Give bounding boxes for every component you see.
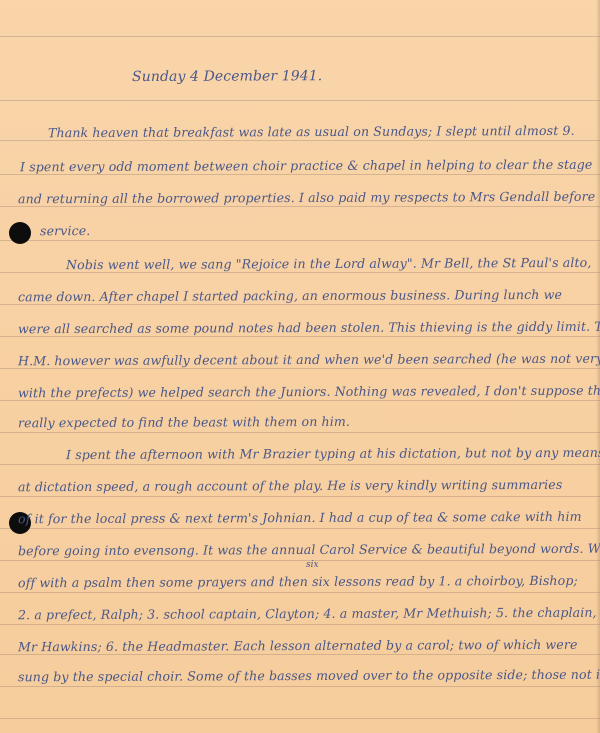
ruled-line (0, 272, 600, 273)
ruled-line (0, 654, 600, 655)
text-line-4: service. (40, 221, 600, 238)
text-line-1: Thank heaven that breakfast was late as … (48, 123, 600, 140)
ruled-line (0, 718, 600, 719)
inserted-word: six (306, 560, 319, 570)
text-line-9: with the prefects) we helped search the … (18, 383, 600, 401)
ruled-line (0, 432, 600, 433)
ruled-line (0, 336, 600, 337)
text-line-3: and returning all the borrowed propertie… (18, 189, 600, 207)
text-line-6: came down. After chapel I started packin… (18, 287, 600, 305)
ruled-line (0, 686, 600, 687)
ruled-line (0, 36, 600, 37)
diary-page: Sunday 4 December 1941. Thank heaven tha… (0, 0, 600, 733)
text-line-14: before going into evensong. It was the a… (18, 541, 600, 559)
text-line-5: Nobis went well, we sang "Rejoice in the… (66, 255, 600, 272)
ruled-line (0, 140, 600, 141)
ruled-line (0, 400, 600, 401)
ruled-line (0, 206, 600, 207)
text-line-8: H.M. however was awfully decent about it… (18, 351, 600, 369)
text-line-2: I spent every odd moment between choir p… (20, 157, 600, 175)
ruled-line (0, 174, 600, 175)
ruled-line (0, 624, 600, 625)
ruled-line (0, 100, 600, 101)
ruled-line (0, 528, 600, 529)
ruled-line (0, 240, 600, 241)
ruled-line (0, 592, 600, 593)
text-line-13: of it for the local press & next term's … (18, 509, 600, 527)
text-line-10: really expected to find the beast with t… (18, 413, 600, 431)
text-line-16: 2. a prefect, Ralph; 3. school captain, … (18, 605, 600, 623)
text-line-15: off with a psalm then some prayers and t… (18, 573, 600, 591)
ruled-line (0, 464, 600, 465)
text-line-17: Mr Hawkins; 6. the Headmaster. Each less… (18, 637, 600, 655)
ruled-line (0, 368, 600, 369)
ruled-line (0, 496, 600, 497)
date-heading: Sunday 4 December 1941. (132, 67, 600, 85)
text-line-7: were all searched as some pound notes ha… (18, 319, 600, 337)
punch-hole-top (9, 222, 31, 244)
text-line-11: I spent the afternoon with Mr Brazier ty… (66, 445, 600, 462)
text-line-18: sung by the special choir. Some of the b… (18, 667, 600, 685)
ruled-line (0, 304, 600, 305)
ruled-line (0, 560, 600, 561)
text-line-12: at dictation speed, a rough account of t… (18, 477, 600, 495)
